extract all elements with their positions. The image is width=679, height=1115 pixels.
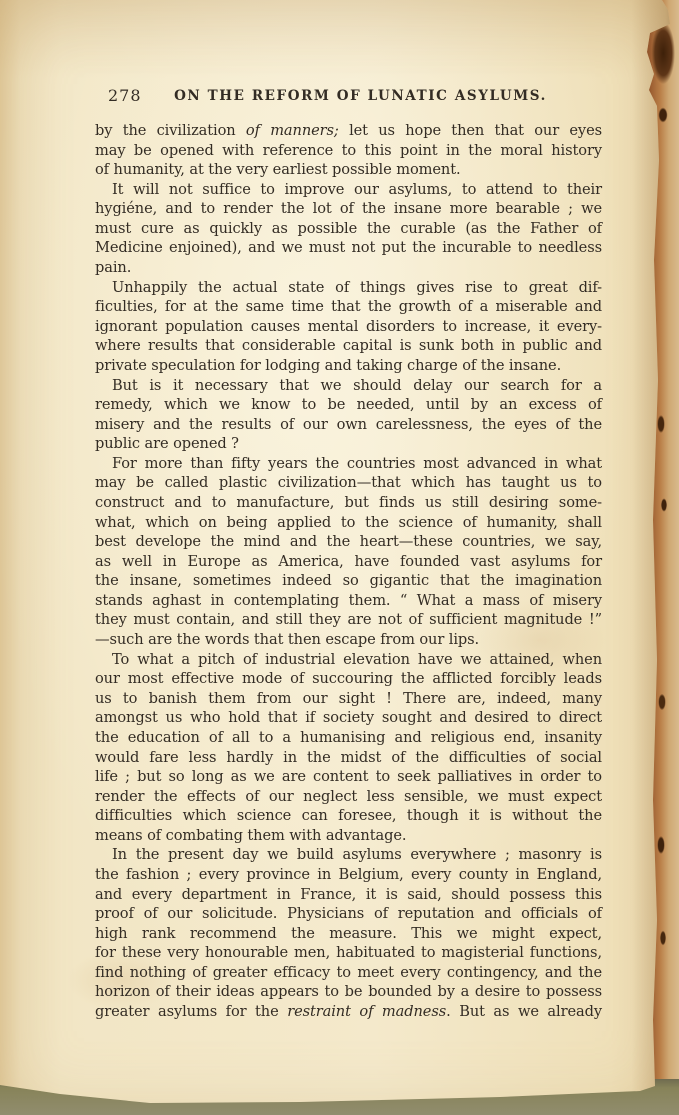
text-line: the insane, sometimes indeed so gigantic… [95,571,602,591]
text-line: our most effective mode of succouring th… [95,669,602,689]
text-line: stands aghast in contemplating them. “ W… [95,591,602,611]
text-line: may be opened with reference to this poi… [95,141,602,161]
text-line: render the effects of our neglect less s… [95,787,602,807]
text-line: It will not suffice to improve our asylu… [95,180,602,200]
text-line: for these very honourable men, habituate… [95,943,602,963]
text-line: may be called plastic civilization—that … [95,473,602,493]
text-line: as well in Europe as America, have found… [95,552,602,572]
running-header: ON THE REFORM OF LUNATIC ASYLUMS. [95,88,626,104]
text-line: public are opened ? [95,434,602,454]
text-line: the education of all to a humanising and… [95,728,602,748]
text-line: us to banish them from our sight ! There… [95,689,602,709]
text-line: remedy, which we know to be needed, unti… [95,395,602,415]
torn-corner [649,22,675,96]
text-line: means of combating them with advantage. [95,826,602,846]
book-page: 278 ON THE REFORM OF LUNATIC ASYLUMS. by… [0,0,679,1115]
text-line: Medicine enjoined), and we must not put … [95,238,602,258]
text-line: of humanity, at the very earliest possib… [95,160,602,180]
text-line: But is it necessary that we should delay… [95,376,602,396]
text-line: —such are the words that then escape fro… [95,630,602,650]
text-block: by the civilization of manners; let us h… [95,121,602,1022]
text-line: Unhappily the actual state of things giv… [95,278,602,298]
text-line: misery and the results of our own carele… [95,415,602,435]
text-line: hygiéne, and to render the lot of the in… [95,199,602,219]
text-line: pain. [95,258,602,278]
text-line: the fashion ; every province in Belgium,… [95,865,602,885]
text-line: best develope the mind and the heart—the… [95,532,602,552]
text-line: they must contain, and still they are no… [95,610,602,630]
text-line: private speculation for lodging and taki… [95,356,602,376]
text-line: For more than fifty years the countries … [95,454,602,474]
page-header: 278 ON THE REFORM OF LUNATIC ASYLUMS. [95,86,602,106]
text-line: proof of our solicitude. Physicians of r… [95,904,602,924]
scanned-book-page: 278 ON THE REFORM OF LUNATIC ASYLUMS. by… [0,0,679,1115]
text-line: high rank recommend the measure. This we… [95,924,602,944]
text-line: what, which on being applied to the scie… [95,513,602,533]
text-line: find nothing of greater efficacy to meet… [95,963,602,983]
text-line: life ; but so long as we are content to … [95,767,602,787]
text-line: To what a pitch of industrial elevation … [95,650,602,670]
text-line: where results that considerable capital … [95,336,602,356]
text-line: construct and to manufacture, but finds … [95,493,602,513]
text-line: amongst us who hold that if society soug… [95,708,602,728]
text-line: and every department in France, it is sa… [95,885,602,905]
text-line: ficulties, for at the same time that the… [95,297,602,317]
text-line: must cure as quickly as possible the cur… [95,219,602,239]
text-line: would fare less hardly in the midst of t… [95,748,602,768]
text-line: by the civilization of manners; let us h… [95,121,602,141]
text-line: In the present day we build asylums ever… [95,845,602,865]
text-line: greater asylums for the restraint of mad… [95,1002,602,1022]
text-line: ignorant population causes mental disord… [95,317,602,337]
text-line: horizon of their ideas appears to be bou… [95,982,602,1002]
text-line: difficulties which science can foresee, … [95,806,602,826]
